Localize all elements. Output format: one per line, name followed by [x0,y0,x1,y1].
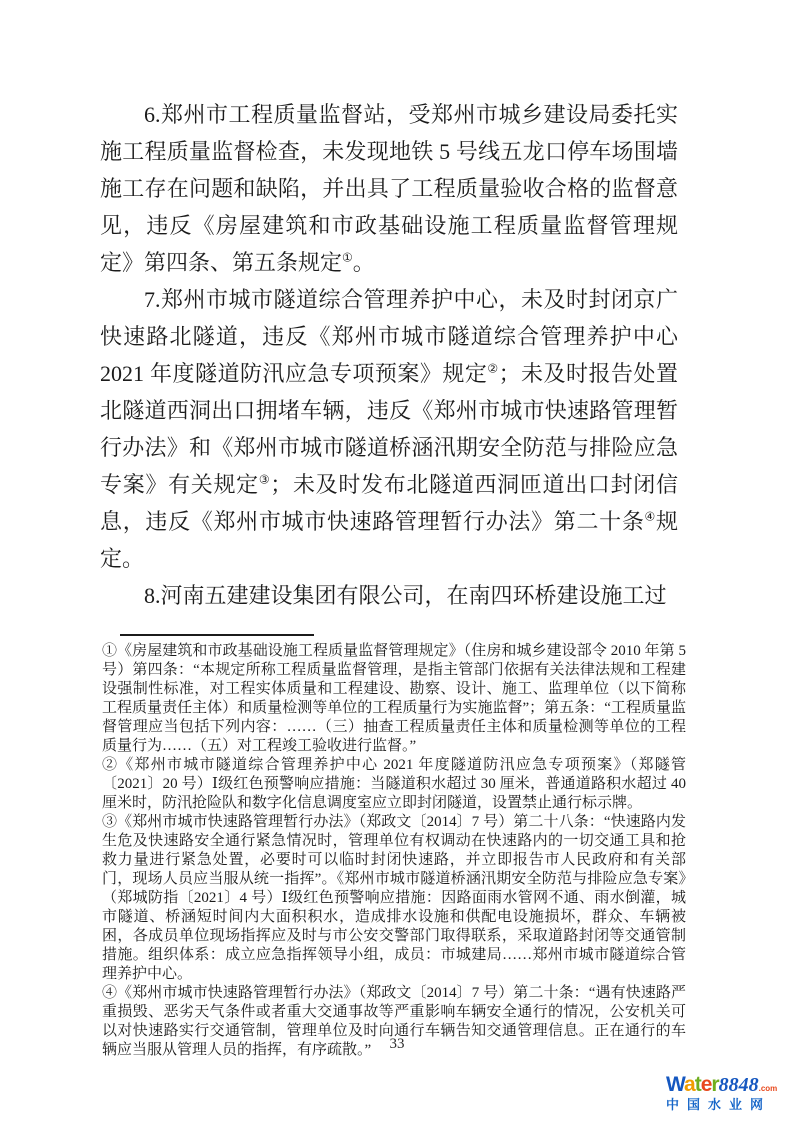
footnote-2: ②《郑州市城市隧道综合管理养护中心 2021 年度隧道防汛应急专项预案》（郑隧管… [102,756,686,813]
page-number: 33 [0,1036,794,1053]
footnote-ref-3: ③ [259,473,270,487]
document-page: 6.郑州市工程质量监督站，受郑州市城乡建设局委托实施工程质量监督检查，未发现地铁… [0,0,794,1123]
paragraph-item-8: 8.河南五建建设集团有限公司，在南四环桥建设施工过 [100,577,678,614]
paragraph-text: 6.郑州市工程质量监督站，受郑州市城乡建设局委托实施工程质量监督检查，未发现地铁… [100,102,678,275]
logo-com-text: .com [759,1084,778,1093]
footnote-ref-1: ① [342,251,353,265]
paragraph-text: 。 [353,250,375,275]
footnote-3: ③《郑州市城市快速路管理暂行办法》（郑政文〔2014〕7 号）第二十八条：“快速… [102,813,686,984]
footnote-ref-4: ④ [645,510,656,524]
footnote-ref-2: ② [487,362,498,376]
paragraph-item-7: 7.郑州市城市隧道综合管理养护中心，未及时封闭京广快速路北隧道，违反《郑州市城市… [100,281,678,577]
footnotes-section: ①《房屋建筑和市政基础设施工程质量监督管理规定》（住房和城乡建设部令 2010 … [102,642,686,1060]
paragraph-text: 8.河南五建建设集团有限公司，在南四环桥建设施工过 [144,583,667,608]
footnote-1: ①《房屋建筑和市政基础设施工程质量监督管理规定》（住房和城乡建设部令 2010 … [102,642,686,756]
logo-water-wordmark: Water [666,1078,719,1095]
footnote-separator [120,634,314,636]
logo-subtitle: 中国水业网 [666,1098,777,1111]
logo-8848-text: 8848 [719,1074,759,1096]
paragraph-item-6: 6.郑州市工程质量监督站，受郑州市城乡建设局委托实施工程质量监督检查，未发现地铁… [100,96,678,281]
water8848-logo: Water8848.com 中国水业网 [666,1074,777,1111]
document-body: 6.郑州市工程质量监督站，受郑州市城乡建设局委托实施工程质量监督检查，未发现地铁… [100,96,678,614]
logo-wordmark-line: Water8848.com [666,1074,777,1095]
